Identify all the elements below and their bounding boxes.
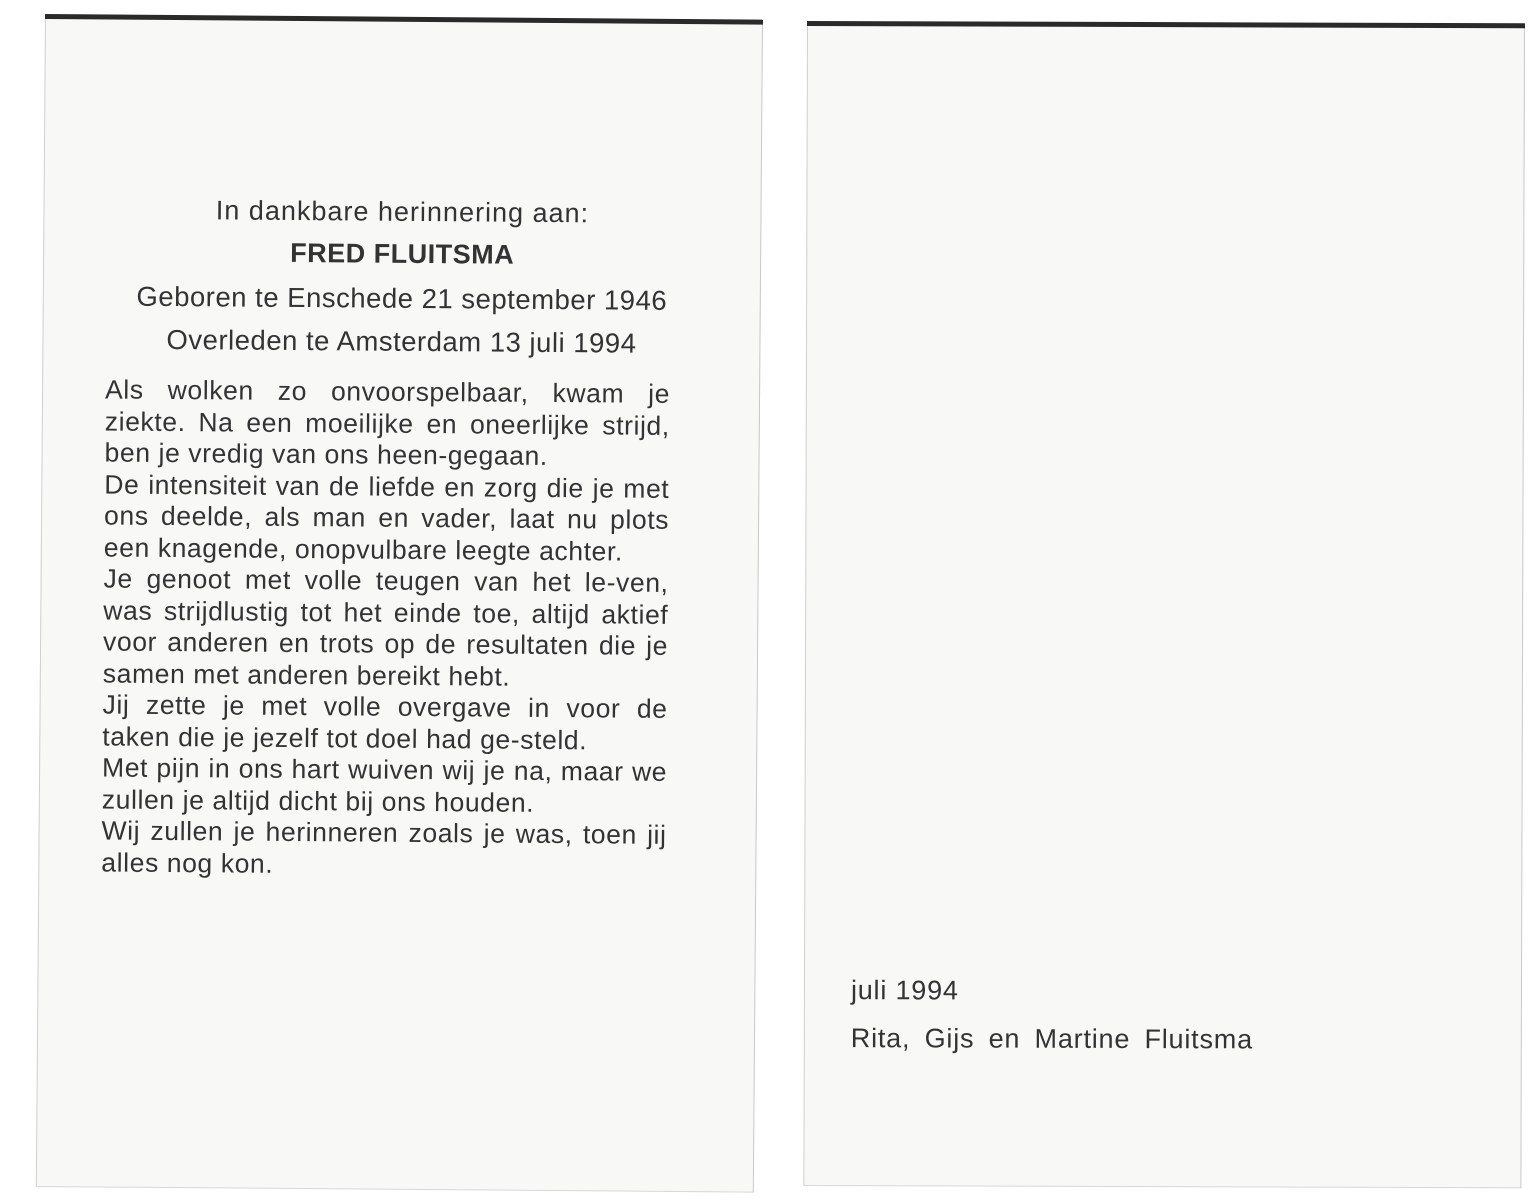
- memorial-paragraph: De intensiteit van de liefde en zorg die…: [104, 469, 670, 568]
- card-top-edge: [45, 14, 763, 25]
- memorial-text: Als wolken zo onvoorspelbaar, kwam je zi…: [101, 374, 670, 882]
- signature-date: juli 1994: [851, 975, 959, 1006]
- family-signature: Rita, Gijs en Martine Fluitsma: [851, 1023, 1253, 1055]
- card-top-edge: [807, 21, 1525, 28]
- memorial-card-front: In dankbare herinnering aan: FRED FLUITS…: [36, 18, 763, 1193]
- memorial-paragraph: Als wolken zo onvoorspelbaar, kwam je zi…: [104, 374, 670, 473]
- memorial-paragraph: Wij zullen je herinneren zoals je was, t…: [101, 815, 666, 882]
- memorial-paragraph: Je genoot met volle teugen van het le-ve…: [103, 563, 669, 693]
- birth-line: Geboren te Enschede 21 september 1946: [44, 280, 760, 318]
- dedication-heading: In dankbare herinnering aan:: [44, 194, 760, 231]
- memorial-paragraph: Jij zette je met volle overgave in voor …: [102, 689, 667, 756]
- deceased-name: FRED FLUITSMA: [44, 236, 760, 273]
- death-line: Overleden te Amsterdam 13 juli 1994: [43, 323, 759, 361]
- memorial-card-back: juli 1994 Rita, Gijs en Martine Fluitsma: [803, 25, 1525, 1188]
- memorial-paragraph: Met pijn in ons hart wuiven wij je na, m…: [102, 752, 667, 819]
